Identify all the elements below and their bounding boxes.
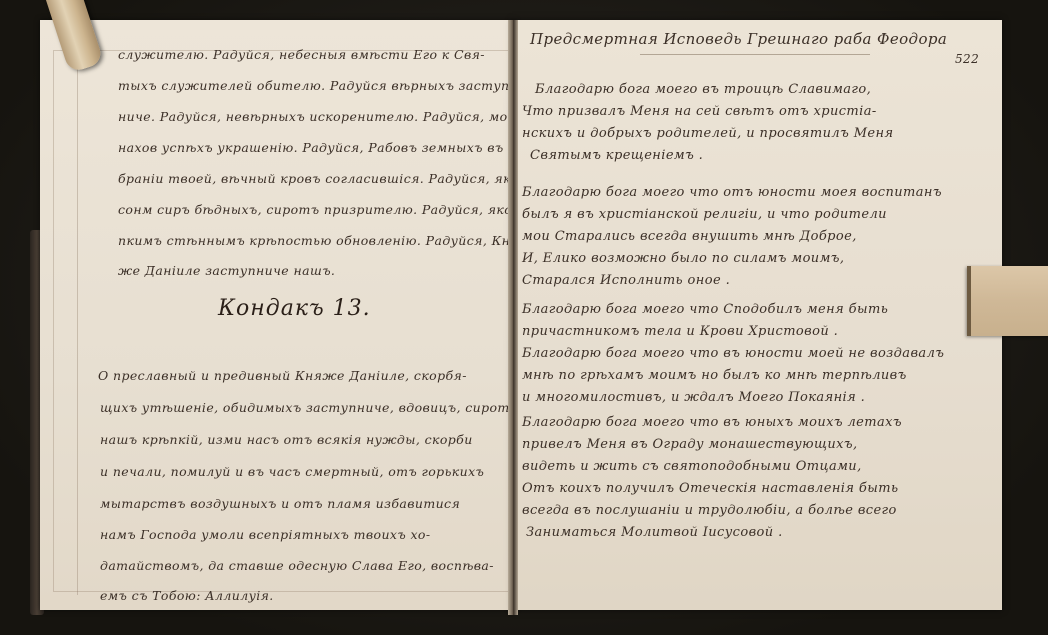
- text-line: тыхъ служителей обителю. Радуйся вѣрныхъ…: [118, 78, 514, 93]
- text-line: мои Старались всегда внушить мнѣ Доброе,: [522, 229, 857, 244]
- text-line: Старался Исполнить оное .: [522, 273, 730, 288]
- text-line: датайствомъ, да ставше одесную Слава Его…: [100, 558, 494, 573]
- kontakion-heading: Кондакъ 13.: [218, 296, 371, 321]
- text-line: намъ Господа умоли всепріятныхъ твоихъ х…: [100, 527, 430, 542]
- text-line: былъ я въ христіанской религіи, и что ро…: [522, 207, 887, 222]
- text-line: причастникомъ тела и Крови Христовой .: [522, 324, 838, 339]
- text-line: и печали, помилуй и въ часъ смертный, от…: [100, 464, 484, 479]
- text-line: щихъ утѣшеніе, обидимыхъ заступниче, вдо…: [100, 400, 537, 415]
- text-line: Благодарю бога моего что Сподобилъ меня …: [522, 302, 888, 317]
- text-line: И, Елико возможно было по силамъ моимъ,: [522, 251, 844, 266]
- text-line: Благодарю бога моего въ троицѣ Славимаго…: [535, 82, 871, 97]
- wooden-bookmark: [967, 266, 1048, 336]
- text-line: Отъ коихъ получилъ Отеческія наставленія…: [522, 481, 898, 496]
- page-title: Предсмертная Исповедь Грешнаго раба Феод…: [530, 30, 947, 48]
- page-number: 522: [955, 52, 979, 66]
- text-line: всегда въ послушаніи и трудолюбіи, а бол…: [522, 503, 897, 518]
- text-line: пкимъ стѣннымъ крѣпостью обновленію. Рад…: [118, 233, 524, 248]
- text-line: Благодарю бога моего что отъ юности моея…: [522, 185, 942, 200]
- text-line: привелъ Меня въ Ограду монашествующихъ,: [522, 437, 857, 452]
- text-line: Святымъ крещеніемъ .: [530, 148, 703, 163]
- left-margin-rule: [77, 40, 78, 595]
- text-line: нскихъ и добрыхъ родителей, и просвятилъ…: [522, 126, 893, 141]
- text-line: и многомилостивъ, и ждалъ Моего Покаянія…: [522, 390, 865, 405]
- text-line: видеть и жить съ святоподобными Отцами,: [522, 459, 862, 474]
- text-line: емъ съ Тобою: Аллилуія.: [100, 588, 274, 603]
- text-line: О преславный и предивный Княже Даніиле, …: [98, 368, 467, 383]
- text-line: мытарствъ воздушныхъ и отъ пламя избавит…: [100, 496, 460, 511]
- text-line: мнѣ по грѣхамъ моимъ но былъ ко мнѣ терп…: [522, 368, 907, 383]
- text-line: Благодарю бога моего что въ юныхъ моихъ …: [522, 415, 902, 430]
- text-line: нахов успѣхъ украшенію. Радуйся, Рабовъ …: [118, 140, 504, 155]
- text-line: Заниматься Молитвой Іисусовой .: [526, 525, 783, 540]
- text-line: нашъ крѣпкій, изми насъ отъ всякія нужды…: [100, 432, 473, 447]
- text-line: служителю. Радуйся, небесныя вмѣсти Его …: [118, 47, 485, 62]
- book-gutter: [508, 20, 518, 615]
- text-line: ниче. Радуйся, невѣрныхъ искоренителю. Р…: [118, 109, 512, 124]
- text-line: Что призвалъ Меня на сей свѣтъ отъ христ…: [522, 104, 877, 119]
- text-line: Благодарю бога моего что въ юности моей …: [522, 346, 944, 361]
- text-line: браніи твоей, вѣчный кровъ согласившіся.…: [118, 171, 519, 186]
- text-line: же Даніиле заступниче нашъ.: [118, 263, 335, 278]
- title-underline: [640, 54, 870, 55]
- text-line: сонм сиръ бѣдныхъ, сиротъ призрителю. Ра…: [118, 202, 549, 217]
